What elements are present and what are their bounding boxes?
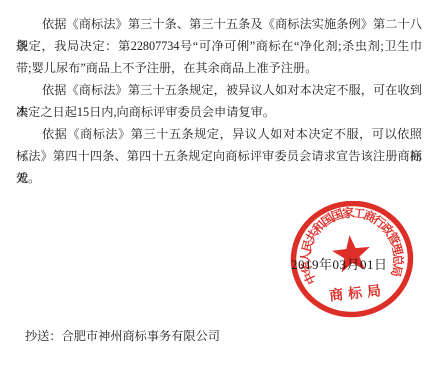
text-line: 决定之日起15日内,向商标评审委员会申请复审。 (16, 101, 422, 123)
document-page: 依据《商标法》第三十条、第三十五条及《商标法实施条例》第二十八条 规定，我局决定… (0, 0, 436, 366)
text-line: 依据《商标法》第三十五条规定，异议人如对本决定不服，可以依照《商 (16, 123, 422, 145)
cc-line: 抄送：合肥市神州商标事务有限公司 (25, 327, 220, 344)
text-line: 效。 (16, 167, 422, 189)
text-line: 依据《商标法》第三十五条规定，被异议人如对本决定不服，可在收到本 (16, 79, 422, 101)
text-line: 带;婴儿尿布”商品上不予注册，在其余商品上准予注册。 (16, 57, 422, 79)
text-line: 规定，我局决定：第22807734号“可净可俐”商标在“净化剂;杀虫剂;卫生巾 (16, 35, 422, 57)
date-stamp: 2019年03月01日 (291, 254, 388, 273)
seal-bottom-text: 商标局 (328, 282, 386, 305)
text-line: 标法》第四十四条、第四十五条规定向商标评审委员会请求宣告该注册商标无 (16, 145, 422, 167)
text-line: 依据《商标法》第三十条、第三十五条及《商标法实施条例》第二十八条 (16, 13, 422, 35)
body-text: 依据《商标法》第三十条、第三十五条及《商标法实施条例》第二十八条 规定，我局决定… (16, 13, 422, 189)
